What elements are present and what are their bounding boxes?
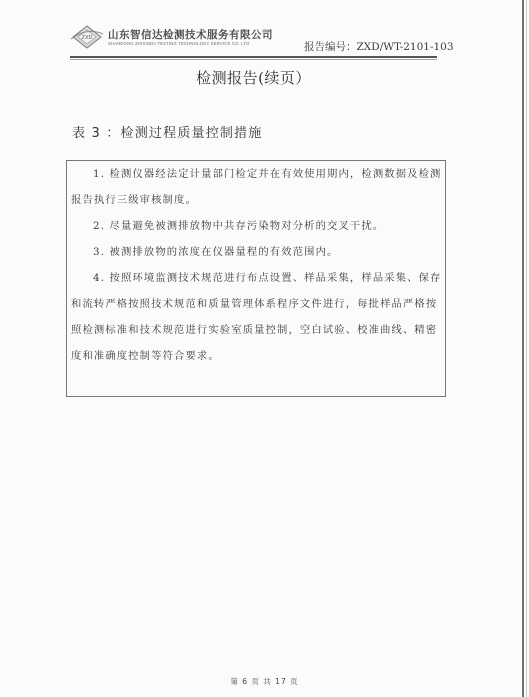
quality-control-measures-box: 1. 检测仪器经法定计量部门检定并在有效使用期内，检测数据及检测 报告执行三级审…: [66, 160, 446, 397]
svg-text:ZXD: ZXD: [82, 35, 93, 41]
company-logo-icon: ZXD: [70, 25, 104, 49]
page-edge-line: [522, 0, 524, 697]
page-title: 检测报告(续页）: [0, 67, 507, 88]
measure-item-3: 3. 被测排放物的浓度在仪器量程的有效范围内。: [67, 239, 447, 265]
measure-line: 1. 检测仪器经法定计量部门检定并在有效使用期内，检测数据及检测: [67, 161, 447, 187]
measure-line: 3. 被测排放物的浓度在仪器量程的有效范围内。: [67, 239, 447, 265]
measure-line: 报告执行三级审核制度。: [67, 187, 447, 213]
page-edge-line-light: [526, 0, 527, 697]
company-name-cn: 山东智信达检测技术服务有限公司: [108, 27, 273, 42]
measure-line: 度和准确度控制等符合要求。: [67, 343, 447, 369]
measure-line: 2. 尽量避免被测排放物中共存污染物对分析的交叉干扰。: [67, 213, 447, 239]
measure-item-4: 4. 按照环境监测技术规范进行布点设置、样品采集，样品采集、保存 和流转严格按照…: [67, 265, 447, 369]
measure-item-2: 2. 尽量避免被测排放物中共存污染物对分析的交叉干扰。: [67, 213, 447, 239]
header-divider-thin: [70, 59, 437, 60]
measure-line: 照检测标准和技术规范进行实验室质量控制，空白试验、校准曲线、精密: [67, 317, 447, 343]
section-title: 表 3 ：检测过程质量控制措施: [72, 122, 263, 141]
measure-line: 和流转严格按照技术规范和质量管理体系程序文件进行，每批样品严格按: [67, 291, 447, 317]
measure-item-1: 1. 检测仪器经法定计量部门检定并在有效使用期内，检测数据及检测 报告执行三级审…: [67, 161, 447, 213]
measure-line: 4. 按照环境监测技术规范进行布点设置、样品采集，样品采集、保存: [67, 265, 447, 291]
report-number: 报告编号：ZXD/WT-2101-103: [304, 39, 454, 54]
company-name-en: SHANDONG ZHIXINDA TESTING TECHNOLOGY SER…: [108, 41, 249, 46]
page-number: 第 6 页 共 17 页: [0, 676, 529, 687]
